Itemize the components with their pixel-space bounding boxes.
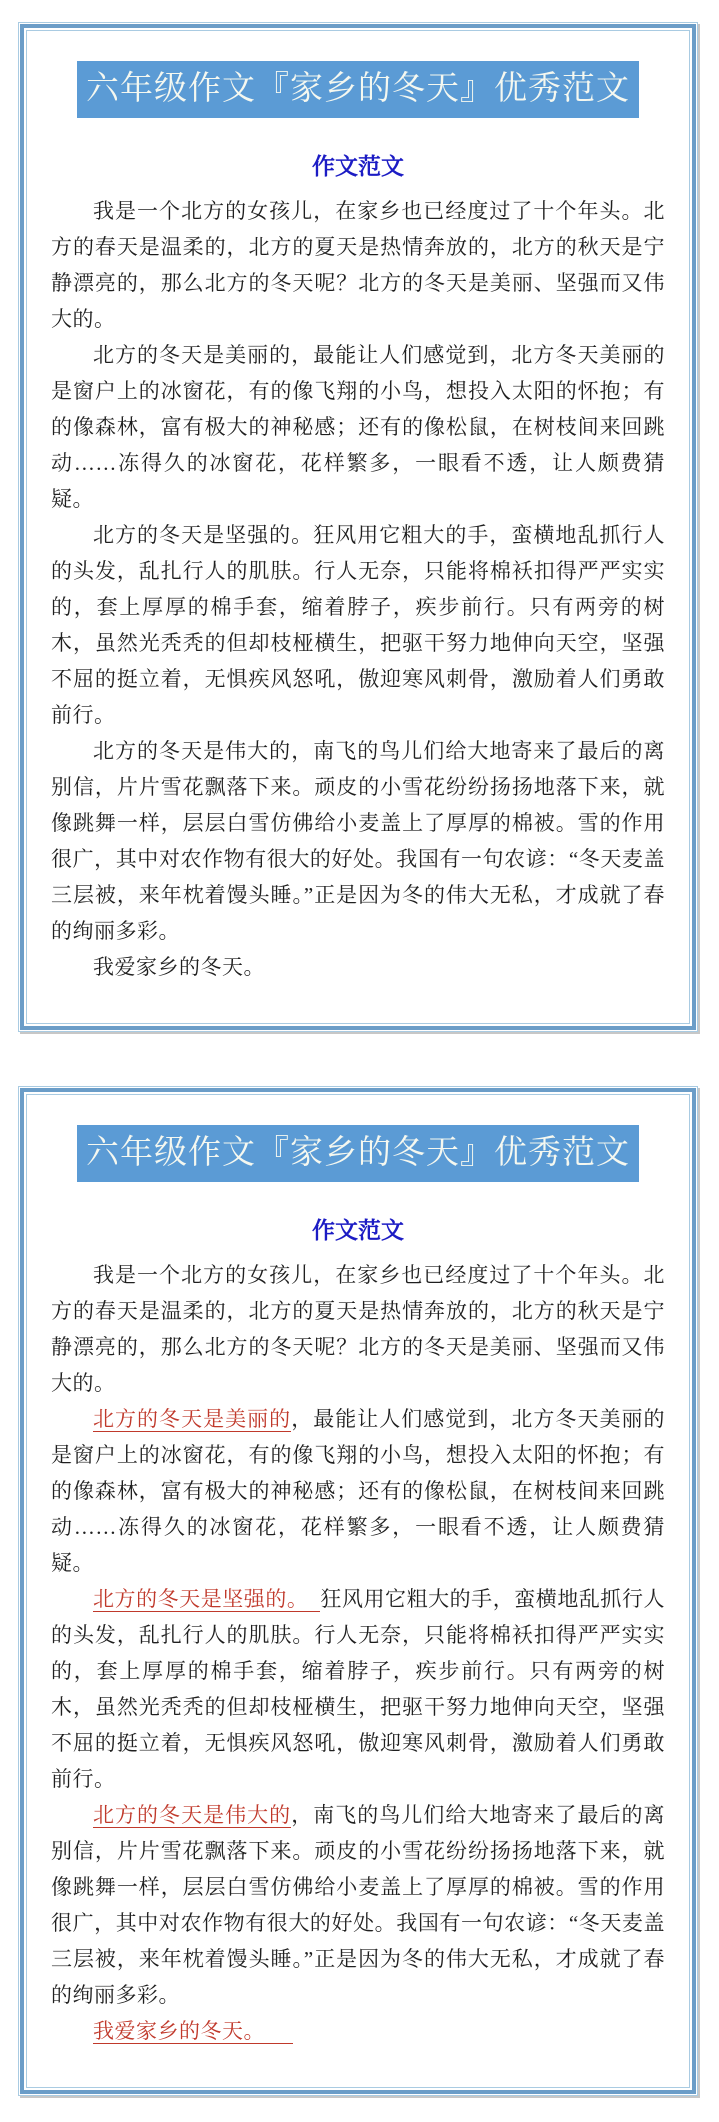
essay-paragraph: 我是一个北方的女孩儿，在家乡也已经度过了十个年头。北方的春天是温柔的，北方的夏天…: [51, 193, 665, 337]
essay-paragraph: 北方的冬天是伟大的，南飞的鸟儿们给大地寄来了最后的离别信，片片雪花飘落下来。顽皮…: [51, 733, 665, 949]
essay-paragraph: 北方的冬天是坚强的。狂风用它粗大的手，蛮横地乱抓行人的头发，乱扎行人的肌肤。行人…: [51, 1581, 665, 1797]
essay-subtitle: 作文范文: [51, 1212, 665, 1245]
essay-card-original: 六年级作文『家乡的冬天』优秀范文 作文范文 我是一个北方的女孩儿，在家乡也已经度…: [18, 22, 698, 1032]
key-sentence: 北方的冬天是伟大的: [93, 1803, 291, 1828]
key-sentence: 我爱家乡的冬天。: [93, 955, 265, 979]
essay-title-banner: 六年级作文『家乡的冬天』优秀范文: [77, 61, 639, 118]
key-sentence: 北方的冬天是坚强的。: [93, 1587, 320, 1612]
card-border-inner: 六年级作文『家乡的冬天』优秀范文 作文范文 我是一个北方的女孩儿，在家乡也已经度…: [26, 30, 690, 1024]
key-sentence: 北方的冬天是伟大的: [93, 739, 291, 763]
paragraph-text: ，最能让人们感觉到，北方冬天美丽的是窗户上的冰窗花，有的像飞翔的小鸟，想投入太阳…: [51, 1407, 665, 1575]
essay-paragraph: 我爱家乡的冬天。: [51, 2013, 665, 2049]
paragraph-text: 我是一个北方的女孩儿，在家乡也已经度过了十个年头。北方的春天是温柔的，北方的夏天…: [51, 199, 665, 331]
paragraph-text: ，最能让人们感觉到，北方冬天美丽的是窗户上的冰窗花，有的像飞翔的小鸟，想投入太阳…: [51, 343, 665, 511]
essay-card-annotated: 六年级作文『家乡的冬天』优秀范文 作文范文 我是一个北方的女孩儿，在家乡也已经度…: [18, 1086, 698, 2096]
paragraph-text: 狂风用它粗大的手，蛮横地乱抓行人的头发，乱扎行人的肌肤。行人无奈，只能将棉袄扣得…: [51, 523, 665, 727]
essay-paragraph: 北方的冬天是坚强的。狂风用它粗大的手，蛮横地乱抓行人的头发，乱扎行人的肌肤。行人…: [51, 517, 665, 733]
essay-paragraph: 北方的冬天是伟大的，南飞的鸟儿们给大地寄来了最后的离别信，片片雪花飘落下来。顽皮…: [51, 1797, 665, 2013]
essay-paragraph: 我是一个北方的女孩儿，在家乡也已经度过了十个年头。北方的春天是温柔的，北方的夏天…: [51, 1257, 665, 1401]
key-sentence: 北方的冬天是美丽的: [93, 1407, 291, 1432]
essay-title-banner: 六年级作文『家乡的冬天』优秀范文: [77, 1125, 639, 1182]
key-sentence: 北方的冬天是坚强的。: [93, 523, 313, 547]
essay-body: 我是一个北方的女孩儿，在家乡也已经度过了十个年头。北方的春天是温柔的，北方的夏天…: [51, 193, 665, 985]
card-border-middle: 六年级作文『家乡的冬天』优秀范文 作文范文 我是一个北方的女孩儿，在家乡也已经度…: [20, 1088, 696, 2094]
paragraph-text: ，南飞的鸟儿们给大地寄来了最后的离别信，片片雪花飘落下来。顽皮的小雪花纷纷扬扬地…: [51, 1803, 665, 2007]
card-border-middle: 六年级作文『家乡的冬天』优秀范文 作文范文 我是一个北方的女孩儿，在家乡也已经度…: [20, 24, 696, 1030]
essay-subtitle: 作文范文: [51, 148, 665, 181]
essay-body: 我是一个北方的女孩儿，在家乡也已经度过了十个年头。北方的春天是温柔的，北方的夏天…: [51, 1257, 665, 2049]
paragraph-text: 我是一个北方的女孩儿，在家乡也已经度过了十个年头。北方的春天是温柔的，北方的夏天…: [51, 1263, 665, 1395]
essay-paragraph: 北方的冬天是美丽的，最能让人们感觉到，北方冬天美丽的是窗户上的冰窗花，有的像飞翔…: [51, 337, 665, 517]
card-border-inner: 六年级作文『家乡的冬天』优秀范文 作文范文 我是一个北方的女孩儿，在家乡也已经度…: [26, 1094, 690, 2088]
key-sentence: 我爱家乡的冬天。: [93, 2019, 293, 2044]
key-sentence: 北方的冬天是美丽的: [93, 343, 291, 367]
paragraph-text: 狂风用它粗大的手，蛮横地乱抓行人的头发，乱扎行人的肌肤。行人无奈，只能将棉袄扣得…: [51, 1587, 665, 1791]
essay-paragraph: 北方的冬天是美丽的，最能让人们感觉到，北方冬天美丽的是窗户上的冰窗花，有的像飞翔…: [51, 1401, 665, 1581]
paragraph-text: ，南飞的鸟儿们给大地寄来了最后的离别信，片片雪花飘落下来。顽皮的小雪花纷纷扬扬地…: [51, 739, 665, 943]
essay-paragraph: 我爱家乡的冬天。: [51, 949, 665, 985]
